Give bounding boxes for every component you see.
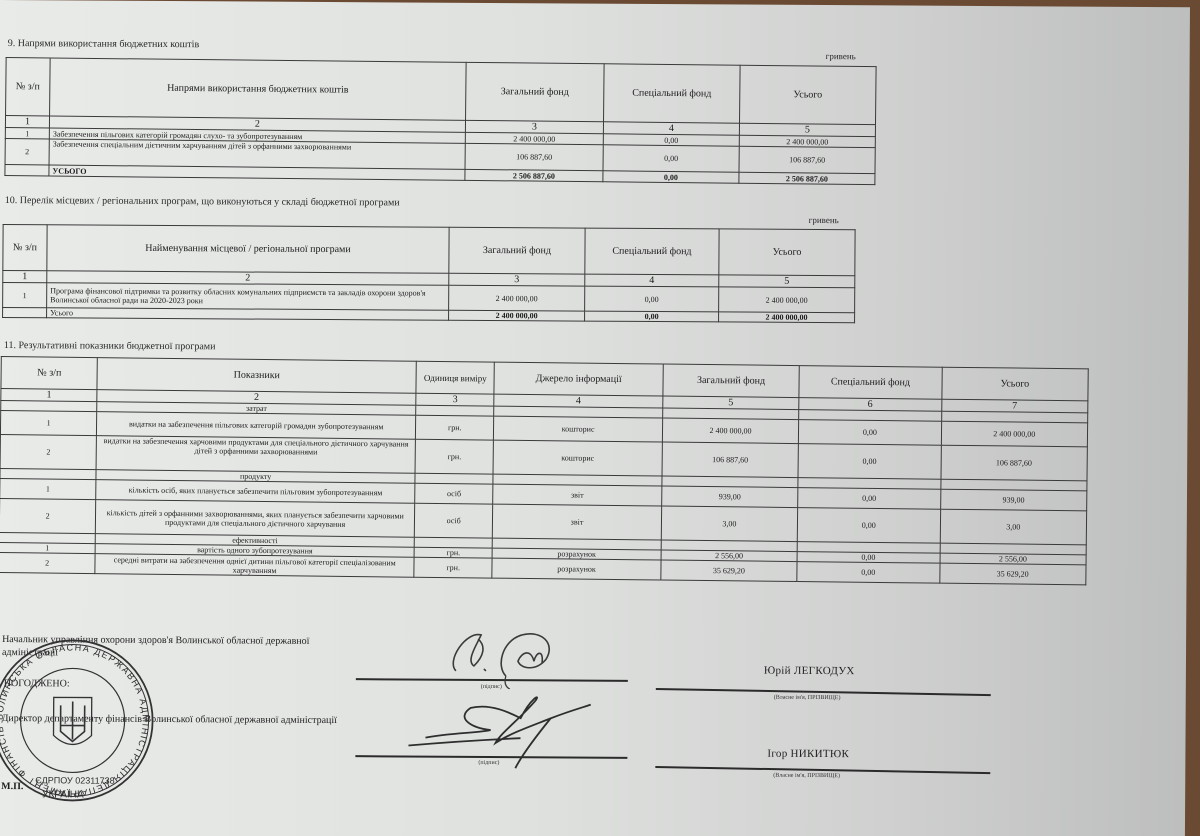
column-number: 1 — [1, 389, 97, 402]
row-number: 1 — [5, 128, 49, 139]
row-number: 2 — [0, 435, 97, 470]
header-cell: № з/п — [3, 225, 47, 271]
row-number: 2 — [0, 499, 96, 534]
section9-title: 9. Напрями використання бюджетних коштів — [8, 38, 200, 50]
program-name: Програма фінансової підтримки та розвитк… — [47, 283, 449, 310]
section10-currency-unit: гривень — [809, 215, 839, 225]
special-fund-value: 0,00 — [797, 508, 940, 544]
unit-of-measure: осіб — [415, 483, 493, 504]
head-signature-icon — [436, 621, 576, 690]
indicator-name: середні витрати на забезпечення однієї д… — [95, 554, 414, 578]
director-name: Ігор НИКИТЮК — [767, 748, 849, 760]
special-fund-value: 0,00 — [585, 286, 719, 312]
director-signature-icon — [400, 687, 621, 773]
total-value: 939,00 — [940, 489, 1087, 511]
total-value: 2 400 000,00 — [719, 287, 855, 313]
general-fund-value: 35 629,20 — [661, 560, 798, 582]
special-fund-total: 0,00 — [603, 171, 739, 183]
header-cell: № з/п — [1, 357, 98, 390]
total-value: 3,00 — [940, 509, 1087, 545]
unit-of-measure: грн. — [416, 415, 494, 440]
column-number: 3 — [416, 393, 494, 406]
section10-table: № з/п Найменування місцевої / регіональн… — [2, 224, 856, 323]
header-cell: Загальний фонд — [449, 227, 585, 274]
total-label: Усього — [47, 308, 449, 320]
header-cell: Усього — [719, 229, 855, 276]
special-fund-value: 0,00 — [603, 145, 739, 172]
row-number: 2 — [0, 553, 95, 574]
row-number: 1 — [3, 283, 47, 308]
special-fund-total: 0,00 — [585, 311, 719, 322]
column-number: 1 — [5, 116, 49, 128]
indicator-name: кількість дітей з орфанними захворювання… — [96, 500, 415, 538]
seal-code: ЄДРПОУ 02311738 — [35, 775, 114, 785]
row-number: 1 — [0, 411, 97, 436]
section11-table: № з/п Показники Одиниця виміру Джерело і… — [0, 356, 1089, 585]
general-fund-value: 2 400 000,00 — [449, 285, 585, 311]
row-number: 2 — [5, 139, 49, 165]
special-fund-value: 0,00 — [798, 444, 941, 480]
section10-title: 10. Перелік місцевих / регіональних прог… — [5, 195, 400, 208]
information-source: звіт — [493, 484, 662, 506]
table-header-row: № з/п Найменування місцевої / регіональн… — [3, 225, 855, 276]
official-seal-icon: ВОЛИНСЬКА ОБЛАСНА ДЕРЖАВНА АДМІНІСТРАЦІЯ… — [0, 635, 158, 806]
general-fund-value: 106 887,60 — [662, 442, 799, 478]
indicator-name: видатки на забезпечення пільгових катего… — [97, 412, 416, 440]
name-caption: (Власне ім'я, ПРІЗВИЩЕ) — [774, 695, 841, 701]
general-fund-total: 2 400 000,00 — [449, 310, 585, 321]
head-name: Юрій ЛЕГКОДУХ — [764, 665, 855, 678]
header-cell: Одиниця виміру — [416, 361, 495, 394]
unit-of-measure: грн. — [414, 557, 492, 578]
section9-currency-unit: гривень — [826, 51, 856, 61]
section9-table: № з/п Напрями використання бюджетних кош… — [4, 57, 876, 185]
general-fund-value: 2 400 000,00 — [662, 418, 799, 444]
row-number — [5, 165, 49, 176]
row-number — [3, 308, 47, 318]
unit-of-measure: осіб — [414, 503, 493, 538]
header-cell: Показники — [97, 358, 416, 394]
general-fund-value: 106 887,60 — [465, 143, 603, 170]
general-fund-total: 2 506 887,60 — [465, 169, 603, 181]
column-number: 5 — [719, 275, 855, 288]
total-value: 2 400 000,00 — [941, 421, 1088, 447]
column-number: 3 — [449, 273, 585, 286]
header-cell: Загальний фонд — [466, 62, 605, 121]
name-caption: (Власне ім'я, ПРІЗВИЩЕ) — [773, 773, 840, 779]
special-fund-value: 0,00 — [797, 562, 940, 584]
header-cell: Напрями використання бюджетних коштів — [50, 58, 467, 120]
row-number: 1 — [0, 479, 96, 500]
information-source: кошторис — [494, 416, 663, 442]
general-fund-value: 939,00 — [661, 486, 798, 508]
total-value: 106 887,60 — [739, 146, 875, 173]
total-value: 35 629,20 — [939, 563, 1086, 585]
header-cell: № з/п — [6, 58, 51, 116]
section11-title: 11. Результативні показники бюджетної пр… — [4, 340, 216, 352]
header-cell: Спеціальний фонд — [585, 228, 719, 275]
grand-total: 2 400 000,00 — [719, 312, 855, 323]
general-fund-value: 3,00 — [661, 506, 798, 542]
column-number: 4 — [585, 274, 719, 287]
grand-total: 2 506 887,60 — [739, 172, 875, 184]
table-header-row: № з/п Напрями використання бюджетних кош… — [6, 58, 877, 125]
header-cell: Спеціальний фонд — [799, 366, 942, 400]
header-cell: Спеціальний фонд — [604, 64, 741, 123]
column-number: 1 — [3, 271, 47, 283]
information-source: розрахунок — [492, 558, 661, 580]
header-cell: Загальний фонд — [663, 364, 800, 398]
seal-country: УКРАЇНА — [42, 788, 84, 800]
special-fund-value: 0,00 — [798, 488, 941, 510]
header-cell: Найменування місцевої / регіональної про… — [47, 225, 449, 273]
indicator-name: видатки на забезпечення харчовими продук… — [96, 436, 415, 474]
header-cell: Усього — [941, 367, 1088, 401]
unit-of-measure: грн. — [415, 439, 494, 474]
special-fund-value: 0,00 — [799, 420, 942, 446]
document-page: 9. Напрями використання бюджетних коштів… — [0, 0, 1190, 836]
header-cell: Джерело інформації — [494, 362, 663, 396]
information-source: звіт — [493, 504, 662, 540]
header-cell: Усього — [739, 65, 876, 124]
information-source: кошторис — [493, 440, 662, 476]
total-value: 106 887,60 — [941, 445, 1088, 481]
